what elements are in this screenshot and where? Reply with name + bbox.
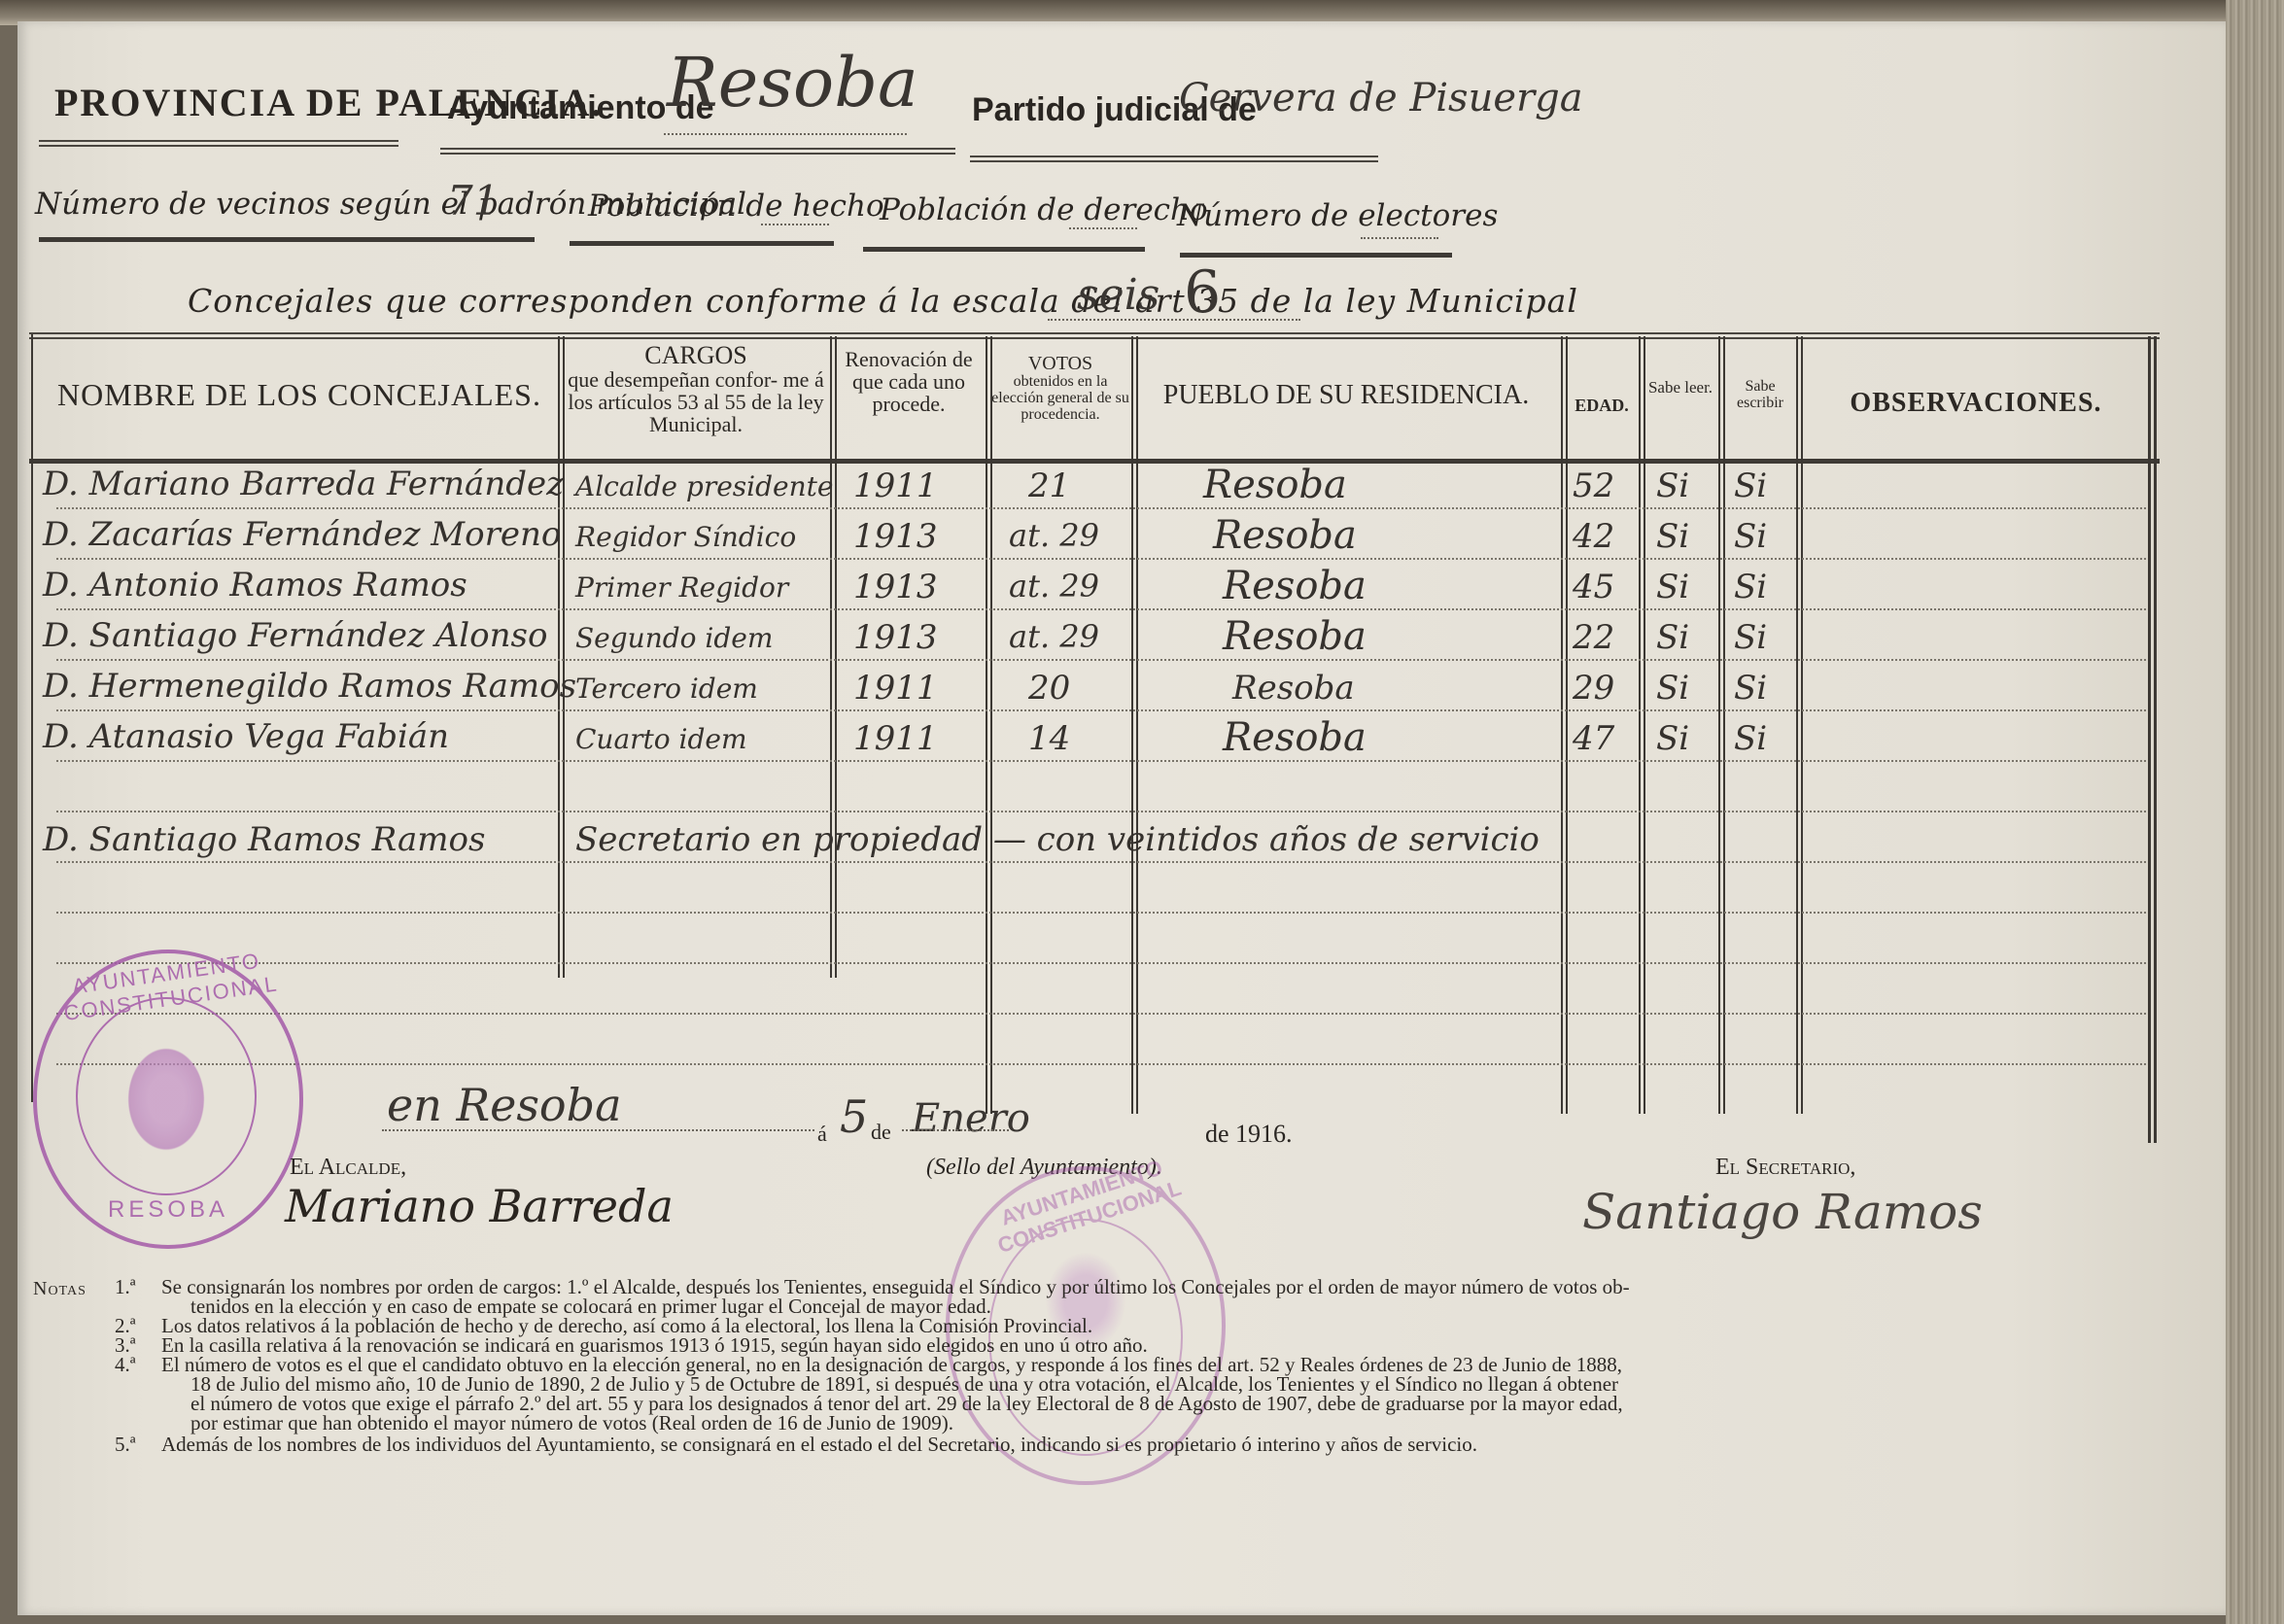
province-underline [39, 140, 398, 147]
date-place: en Resoba [387, 1079, 622, 1131]
cell-votos: 20 [1028, 669, 1070, 708]
cell-nombre: D. Hermenegildo Ramos Ramos [43, 667, 576, 706]
cell-votos: 21 [1028, 466, 1070, 505]
note-1-line-2: tenidos en la elección y en caso de empa… [190, 1296, 991, 1316]
cell-nombre: D. Mariano Barreda Fernández [43, 465, 564, 503]
cell-leer: Si [1656, 517, 1689, 556]
cell-cargo: Tercero idem [575, 673, 758, 705]
cell-leer: Si [1656, 719, 1689, 758]
cell-renovacion: 1911 [853, 719, 938, 758]
concejales-dots [1048, 319, 1300, 321]
electores-dots [1361, 237, 1438, 239]
cell-escribir: Si [1734, 517, 1767, 556]
note-5-line-1: Además de los nombres de los individuos … [161, 1434, 1477, 1454]
note-1-line-1: Se consignarán los nombres por orden de … [161, 1277, 1630, 1296]
derecho-label: Población de derecho [880, 192, 1208, 227]
date-de: de [871, 1120, 891, 1145]
note-4-line-3: el número de votos que exige el párrafo … [190, 1394, 1623, 1413]
header-pueblo: PUEBLO DE SU RESIDENCIA. [1137, 381, 1555, 409]
book-page-edges [2226, 0, 2284, 1624]
ayuntamiento-value: Resoba [667, 43, 918, 122]
hecho-dots [761, 224, 829, 225]
header-observaciones: OBSERVACIONES. [1806, 389, 2146, 417]
concejales-value-words: seis [1077, 270, 1159, 320]
cell-leer: Si [1656, 669, 1689, 708]
cell-edad: 29 [1573, 669, 1614, 708]
date-year: de 1916. [1205, 1120, 1293, 1149]
concejales-value-number: 6 [1184, 259, 1221, 327]
note-1-num: 1.ª [115, 1277, 136, 1296]
date-month: Enero [912, 1096, 1030, 1141]
ayuntamiento-underline [440, 148, 955, 155]
secretario-signature: Santiago Ramos [1582, 1184, 1983, 1240]
col-sep-5 [1561, 336, 1568, 1114]
cell-votos: at. 29 [1009, 618, 1099, 655]
cell-leer: Si [1656, 466, 1689, 505]
note-2-num: 2.ª [115, 1316, 136, 1335]
col-sep-2 [830, 336, 837, 978]
cell-edad: 47 [1573, 719, 1614, 758]
cell-escribir: Si [1734, 669, 1767, 708]
header-leer: Sabe leer. [1646, 379, 1714, 397]
note-4-num: 4.ª [115, 1355, 136, 1374]
date-a: á [817, 1122, 827, 1147]
cell-pueblo: Resoba [1223, 715, 1367, 760]
electores-underline [1180, 253, 1452, 258]
header-edad: EDAD. [1567, 397, 1637, 415]
note-4-line-1: El número de votos es el que el candidat… [161, 1355, 1622, 1374]
cell-escribir: Si [1734, 466, 1767, 505]
cell-pueblo: Resoba [1213, 513, 1357, 558]
cell-votos: at. 29 [1009, 568, 1099, 605]
note-2-line-1: Los datos relativos á la población de he… [161, 1316, 1092, 1335]
header-votos: VOTOS obtenidos en la elección general d… [991, 354, 1129, 423]
cell-escribir: Si [1734, 568, 1767, 606]
note-3-num: 3.ª [115, 1335, 136, 1355]
electores-label: Número de electores [1177, 198, 1498, 233]
cell-pueblo: Resoba [1223, 564, 1367, 608]
cell-leer: Si [1656, 568, 1689, 606]
cell-cargo: Primer Regidor [575, 571, 788, 604]
partido-value: Cervera de Pisuerga [1179, 76, 1583, 121]
cell-edad: 42 [1573, 517, 1614, 556]
derecho-dots [1069, 227, 1137, 229]
cell-edad: 52 [1573, 466, 1614, 505]
cell-escribir: Si [1734, 719, 1767, 758]
cell-nombre: D. Atanasio Vega Fabián [43, 717, 449, 756]
notes-section: Notas 1.ª Se consignarán los nombres por… [17, 1275, 2224, 1567]
concejales-label: Concejales que corresponden conforme á l… [188, 282, 1578, 320]
header-cargos-sub: que desempeñan confor- me á los artículo… [564, 368, 828, 435]
cell-votos: at. 29 [1009, 517, 1099, 554]
cell-leer: Si [1656, 618, 1689, 657]
cell-edad: 45 [1573, 568, 1614, 606]
header-votos-title: VOTOS [991, 354, 1129, 374]
secretary-text: Secretario en propiedad — con veintidos … [575, 820, 1540, 859]
vecinos-value: 71 [447, 177, 499, 225]
header-cargos-title: CARGOS [564, 342, 828, 368]
cell-edad: 22 [1573, 618, 1614, 657]
vecinos-underline [39, 237, 535, 242]
cell-cargo: Cuarto idem [575, 723, 747, 755]
note-3-line-1: En la casilla relativa á la renovación s… [161, 1335, 1148, 1355]
col-sep-4 [1131, 336, 1138, 1114]
cell-nombre: D. Antonio Ramos Ramos [43, 566, 467, 605]
col-sep-7 [1718, 336, 1725, 1114]
table-right-border [2148, 336, 2157, 1143]
note-5-num: 5.ª [115, 1434, 136, 1454]
cell-renovacion: 1911 [853, 466, 938, 505]
cell-escribir: Si [1734, 618, 1767, 657]
table-top-border [29, 332, 2160, 339]
table-header-bottom-border [29, 459, 2160, 464]
table-left-border [31, 334, 33, 1102]
col-sep-3 [986, 336, 992, 1114]
date-day: 5 [840, 1090, 868, 1143]
cell-votos: 14 [1028, 719, 1070, 758]
cell-renovacion: 1911 [853, 669, 938, 708]
cell-cargo: Segundo idem [575, 622, 773, 654]
header-votos-sub: obtenidos en la elección general de su p… [991, 374, 1129, 423]
partido-underline [970, 155, 1378, 162]
col-sep-6 [1639, 336, 1645, 1114]
header-renovacion: Renovación de que cada uno procede. [836, 348, 982, 415]
cell-pueblo: Resoba [1232, 669, 1355, 708]
cell-pueblo: Resoba [1223, 614, 1367, 659]
hecho-underline [570, 241, 834, 246]
header-escribir: Sabe escribir [1724, 379, 1796, 412]
cell-nombre: D. Santiago Fernández Alonso [43, 616, 547, 655]
document-page: PROVINCIA DE PALENCIA. Ayuntamiento de R… [17, 21, 2226, 1615]
col-sep-8 [1796, 336, 1803, 1114]
note-4-line-4: por estimar que han obtenido el mayor nú… [190, 1413, 953, 1433]
cell-renovacion: 1913 [853, 618, 938, 657]
secretario-label: El Secretario, [1715, 1155, 1855, 1181]
cell-cargo: Regidor Síndico [575, 521, 796, 553]
cell-cargo: Alcalde presidente [575, 470, 833, 502]
cell-nombre: D. Zacarías Fernández Moreno [43, 515, 561, 554]
header-nombre: NOMBRE DE LOS CONCEJALES. [47, 379, 552, 412]
note-4-line-2: 18 de Julio del mismo año, 10 de Junio d… [190, 1374, 1618, 1394]
cell-renovacion: 1913 [853, 568, 938, 606]
secretary-name: D. Santiago Ramos Ramos [43, 820, 485, 859]
cell-pueblo: Resoba [1203, 463, 1347, 507]
notes-label: Notas [33, 1279, 87, 1298]
cell-renovacion: 1913 [853, 517, 938, 556]
alcalde-signature: Mariano Barreda [285, 1180, 674, 1232]
derecho-underline [863, 247, 1145, 252]
ayuntamiento-dots [664, 133, 907, 135]
coat-of-arms-icon [122, 1041, 210, 1158]
alcalde-label: El Alcalde, [290, 1155, 406, 1181]
stamp-left-bottom-text: RESOBA [95, 1196, 241, 1224]
header-cargos: CARGOS que desempeñan confor- me á los a… [564, 342, 828, 436]
ayuntamiento-stamp-left: AYUNTAMIENTO CONSTITUCIONAL RESOBA [33, 950, 303, 1249]
hecho-label: Población de hecho [588, 189, 884, 224]
